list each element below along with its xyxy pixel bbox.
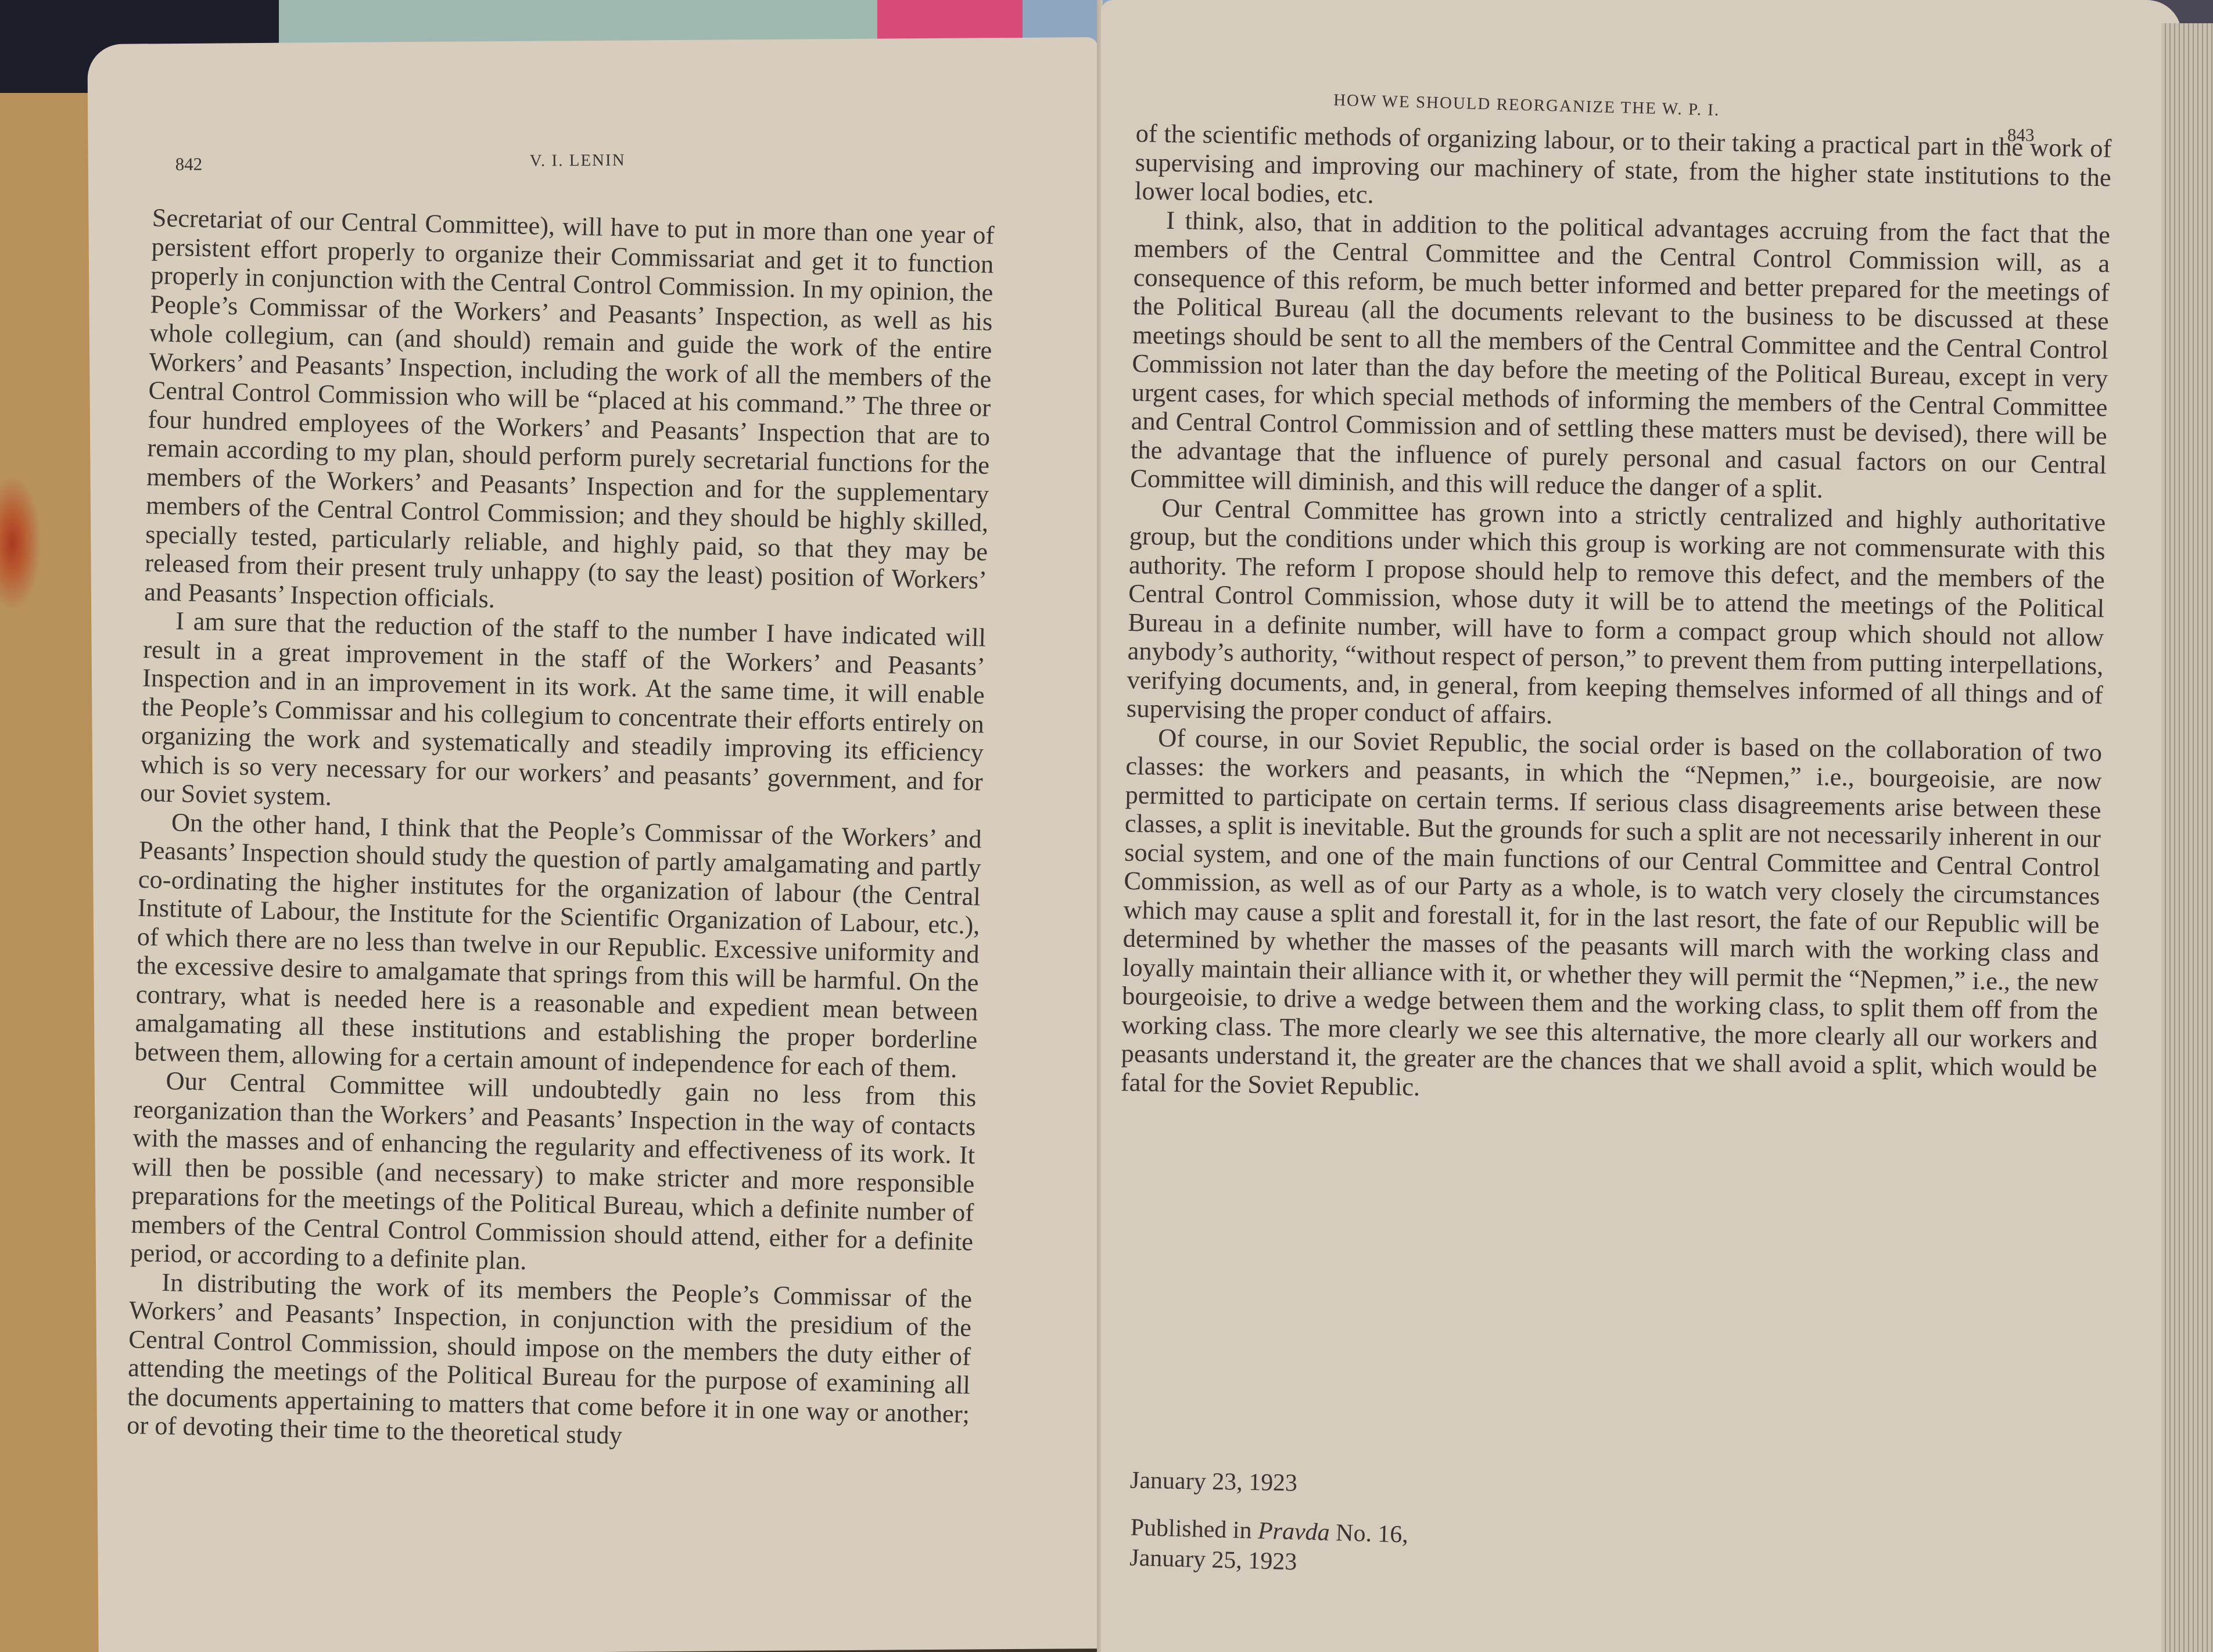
paragraph: Our Central Committee has grown into a s… xyxy=(1127,493,2106,738)
paragraph: On the other hand, I think that the Peop… xyxy=(134,807,982,1084)
right-page: HOW WE SHOULD REORGANIZE THE W. P. I. 84… xyxy=(1101,0,2182,1652)
paragraph: Of course, in our Soviet Republic, the s… xyxy=(1121,723,2103,1112)
page-edges xyxy=(2161,23,2213,1652)
running-head: HOW WE SHOULD REORGANIZE THE W. P. I. xyxy=(1333,91,1720,120)
running-head: V. I. LENIN xyxy=(530,151,626,171)
paragraph: Our Central Committee will undoubtedly g… xyxy=(130,1066,977,1285)
date-line: January 23, 1923 xyxy=(1130,1465,1298,1498)
body-text: Secretariat of our Central Committee), w… xyxy=(127,203,995,1457)
left-page: 842 V. I. LENIN Secretariat of our Centr… xyxy=(87,37,1109,1652)
paragraph: I am sure that the reduction of the staf… xyxy=(139,606,986,825)
page-number: 842 xyxy=(175,154,203,175)
published-suffix: No. 16, xyxy=(1329,1520,1409,1549)
body-text: of the scientific methods of organizing … xyxy=(1121,119,2112,1112)
page-stain xyxy=(0,476,41,610)
paragraph: I think, also, that in addition to the p… xyxy=(1130,205,2111,508)
newspaper-title: Pravda xyxy=(1257,1517,1330,1546)
published-date: January 25, 1923 xyxy=(1129,1545,1297,1576)
paragraph: of the scientific methods of organizing … xyxy=(1135,119,2112,221)
paragraph: Secretariat of our Central Committee), w… xyxy=(144,203,995,623)
publication-note: Published in Pravda No. 16, January 25, … xyxy=(1129,1513,1409,1580)
published-prefix: Published in xyxy=(1130,1514,1258,1545)
paragraph: In distributing the work of its members … xyxy=(127,1267,973,1457)
